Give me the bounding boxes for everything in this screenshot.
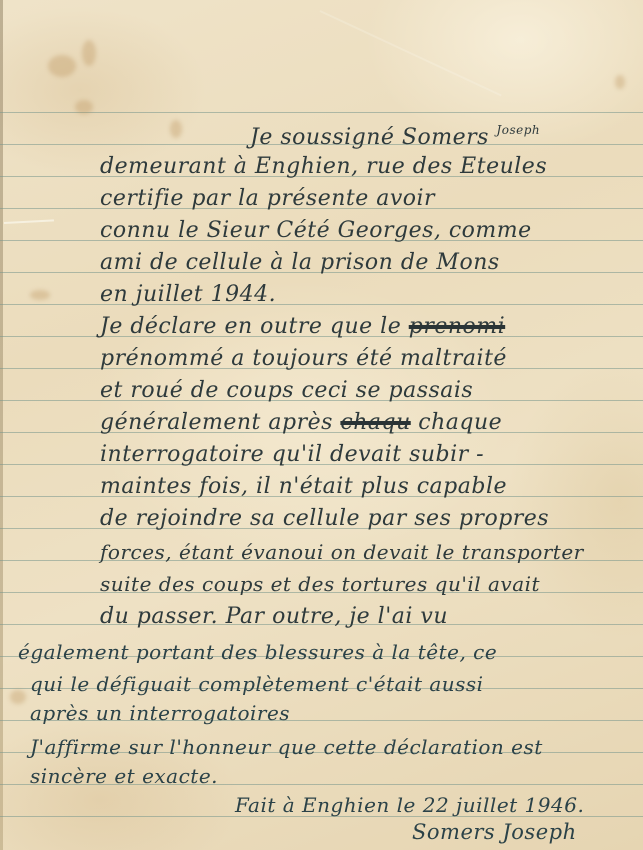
- text-line: de rejoindre sa cellule par ses propres: [100, 508, 549, 530]
- text-line: également portant des blessures à la têt…: [18, 642, 497, 662]
- place-date-line: Fait à Enghien le 22 juillet 1946.: [235, 795, 584, 815]
- text-line: maintes fois, il n'était plus capable: [100, 476, 507, 498]
- paper-stain: [48, 55, 76, 77]
- paper-stain: [615, 75, 625, 89]
- struck-word: prenomi: [409, 314, 505, 339]
- paper-stain: [170, 120, 182, 138]
- signature: Somers Joseph: [412, 822, 577, 843]
- paper-stain: [30, 290, 50, 300]
- text-line: généralement après chaqu chaque: [100, 412, 502, 434]
- paper-fold: [320, 10, 502, 96]
- document-page: Je soussigné Somers Joseph demeurant à E…: [0, 0, 643, 850]
- text-line: connu le Sieur Cété Georges, comme: [100, 220, 532, 242]
- text-line: qui le défiguait complètement c'était au…: [30, 674, 484, 694]
- text-line: prénommé a toujours été maltraité: [100, 348, 507, 370]
- text-line: forces, étant évanoui on devait le trans…: [100, 542, 584, 562]
- text-line: du passer. Par outre, je l'ai vu: [100, 606, 448, 628]
- struck-word: chaqu: [340, 410, 410, 435]
- text-line: sincère et exacte.: [30, 766, 218, 786]
- text-line: après un interrogatoires: [30, 703, 290, 723]
- paper-stain: [75, 100, 93, 114]
- text-line: ami de cellule à la prison de Mons: [100, 252, 500, 274]
- text-line: Je déclare en outre que le prenomi: [100, 316, 505, 338]
- text-line: suite des coups et des tortures qu'il av…: [100, 574, 540, 594]
- paper-stain: [10, 690, 26, 704]
- text-line: interrogatoire qu'il devait subir -: [100, 444, 484, 466]
- text-line: J'affirme sur l'honneur que cette déclar…: [30, 737, 543, 757]
- text-line: Je soussigné Somers Joseph: [250, 124, 540, 149]
- text-line: certifie par la présente avoir: [100, 188, 435, 210]
- text-line: en juillet 1944.: [100, 284, 276, 306]
- text-line: et roué de coups ceci se passais: [100, 380, 473, 402]
- text-line: demeurant à Enghien, rue des Eteules: [100, 156, 547, 178]
- paper-stain: [82, 40, 96, 66]
